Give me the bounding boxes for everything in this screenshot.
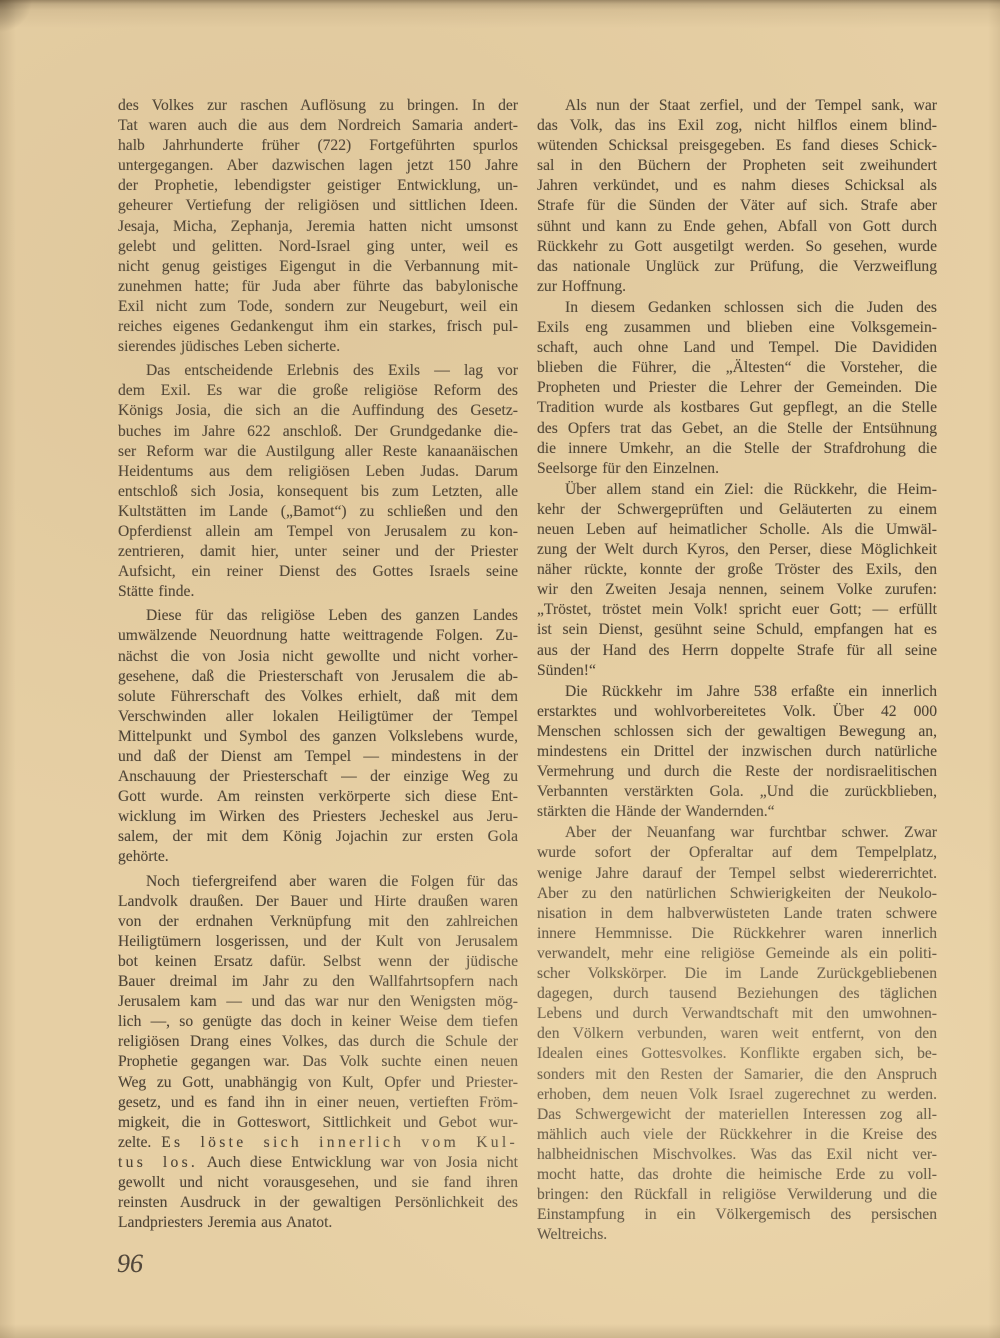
text-line: tus los. Auch diese Entwicklung war von … (118, 1153, 518, 1173)
text-line: mählich auch viele der Rückkehrer in die… (537, 1125, 937, 1145)
text-line: wicklung im Wirken des Priesters Jechesk… (118, 807, 518, 827)
text-line: religiösen Drang eines Volkes, das durch… (118, 1032, 518, 1052)
text-line: erstarktes und wohlvorbereitetes Volk. Ü… (537, 702, 937, 722)
text-line: wütenden Schicksal preisgegeben. Es fand… (537, 136, 937, 156)
text-line: Landvolk draußen. Der Bauer und Hirte dr… (118, 892, 518, 912)
text-line: näher rückte, konnte der große Tröster d… (537, 560, 937, 580)
text-line: sierendes jüdisches Leben sicherte. (118, 337, 518, 357)
text-line: Über allem stand ein Ziel: die Rückkehr,… (537, 480, 937, 500)
text-line: Rückkehr zu Gott ausgetilgt werden. So g… (537, 237, 937, 257)
text-line: nicht genug geistiges Eigengut in die Ve… (118, 257, 518, 277)
text-line: Landpriesters Jeremia aus Anatot. (118, 1213, 518, 1233)
text-line: zelte. Es löste sich innerlich vom Kul- (118, 1133, 518, 1153)
text-line: In diesem Gedanken schlossen sich die Ju… (537, 298, 937, 318)
text-line: Mittelpunkt und Symbol des ganzen Volksl… (118, 727, 518, 747)
text-line: buches im Jahre 622 anschloß. Der Grundg… (118, 422, 518, 442)
text-line: Aber der Neuanfang war furchtbar schwer.… (537, 823, 937, 843)
text-line: reinsten Ausdruck in der gewaltigen Pers… (118, 1193, 518, 1213)
text-line: bringen: den Rückfall in religiöse Verwi… (537, 1185, 937, 1205)
text-line: migkeit, die in Gotteswort, Sittlichkeit… (118, 1113, 518, 1133)
text-line: Die Rückkehr im Jahre 538 erfaßte ein in… (537, 682, 937, 702)
text-line: bot keinen Ersatz dafür. Selbst wenn der… (118, 952, 518, 972)
text-line: wenige Jahre darauf der Tempel selbst wi… (537, 864, 937, 884)
text-line: gesehene, daß die Priesterschaft von Jer… (118, 667, 518, 687)
text-line: Aber zu den natürlichen Schwierigkeiten … (537, 884, 937, 904)
text-line: Verschwinden aller lokalen Heiligtümer d… (118, 707, 518, 727)
text-line: stärkten die Hände der Wandernden.“ (537, 802, 937, 822)
text-segment: Auch diese Entwicklung war von Josia nic… (198, 1154, 518, 1171)
page-number: 96 (117, 1249, 143, 1279)
text-column-left: des Volkes zur raschen Auflösung zu brin… (118, 96, 518, 1233)
text-line: Menschen schlossen sich der gewaltigen B… (537, 722, 937, 742)
text-line: scher Volkskörper. Die im Lande Zurückge… (537, 964, 937, 984)
text-line: Einstampfung in ein Völkergemisch des pe… (537, 1205, 937, 1225)
text-line: Jahren verkündet, und es nahm dieses Sch… (537, 176, 937, 196)
text-line: blieben die Führer, die „Ältesten“ die V… (537, 358, 937, 378)
text-line: zunehmen hatte; für Juda aber führte das… (118, 277, 518, 297)
text-line: zung der Welt durch Kyros, den Perser, d… (537, 540, 937, 560)
paragraph: Diese für das religiöse Leben des ganzen… (118, 606, 518, 867)
text-line: mindestens ein Drittel der inzwischen du… (537, 742, 937, 762)
text-line: innere Hemmnisse. Die Rückkehrer waren i… (537, 924, 937, 944)
text-line: Bauer dreimal im Jahr zu den Wallfahrtso… (118, 972, 518, 992)
text-line: die innere Umkehr, an die Stelle der Str… (537, 439, 937, 459)
paragraph: Die Rückkehr im Jahre 538 erfaßte ein in… (537, 682, 937, 823)
text-line: Strafe für die Sünden der Väter auf sich… (537, 196, 937, 216)
text-line: schaft, auch ohne Land und Tempel. Die D… (537, 338, 937, 358)
book-page-scan: des Volkes zur raschen Auflösung zu brin… (0, 0, 1000, 1338)
text-line: solute Führerschaft des Volkes erhielt, … (118, 687, 518, 707)
text-line: Opferdienst allein am Tempel von Jerusal… (118, 522, 518, 542)
text-line: des Opfers trat das Gebet, an die Stelle… (537, 419, 937, 439)
text-line: Das Schwergewicht der materiellen Intere… (537, 1105, 937, 1125)
text-line: und daß der Dienst am Tempel — mindesten… (118, 747, 518, 767)
paragraph: In diesem Gedanken schlossen sich die Ju… (537, 298, 937, 479)
text-line: Noch tiefergreifend aber waren die Folge… (118, 872, 518, 892)
text-line: zentrieren, damit hier, unter seiner und… (118, 542, 518, 562)
text-line: Propheten und Priester die Lehrer der Ge… (537, 378, 937, 398)
text-line: Vermehrung und durch die Reste der nordi… (537, 762, 937, 782)
paragraph: Als nun der Staat zerfiel, und der Tempe… (537, 96, 937, 297)
text-line: lich —, so genügte das doch in keiner We… (118, 1012, 518, 1032)
text-line: dagegen, durch tausend Beziehungen des t… (537, 984, 937, 1004)
text-line: Weltreichs. (537, 1225, 937, 1245)
text-line: Sünden!“ (537, 661, 937, 681)
text-line: aus der Hand des Herrn doppelte Strafe f… (537, 641, 937, 661)
text-line: das Volk, das ins Exil zog, nicht hilflo… (537, 116, 937, 136)
text-line: Als nun der Staat zerfiel, und der Tempe… (537, 96, 937, 116)
text-line: ist sein Dienst, gesühnt seine Schuld, e… (537, 620, 937, 640)
text-line: Aufsicht, ein reiner Dienst des Gottes I… (118, 562, 518, 582)
text-line: Jerusalem kam — und das war nur den Weni… (118, 992, 518, 1012)
text-column-right: Als nun der Staat zerfiel, und der Tempe… (537, 96, 937, 1245)
text-line: zur Hoffnung. (537, 277, 937, 297)
text-line: sonders mit den Resten der Samarier, die… (537, 1065, 937, 1085)
text-line: sal in den Büchern der Propheten seit zw… (537, 156, 937, 176)
text-line: Exil nicht zum Tode, sondern zur Neugebu… (118, 297, 518, 317)
text-line: den Völkern verbunden, waren weit entfer… (537, 1024, 937, 1044)
text-line: Tat waren auch die aus dem Nordreich Sam… (118, 116, 518, 136)
text-line: „Tröstet, tröstet mein Volk! spricht eue… (537, 600, 937, 620)
paragraph: Aber der Neuanfang war furchtbar schwer.… (537, 823, 937, 1245)
letterspaced-emphasis: Es löste sich innerlich vom Kul- (161, 1134, 518, 1151)
text-line: kehr der Schwergeprüften und Geläuterten… (537, 500, 937, 520)
paragraph: Über allem stand ein Ziel: die Rückkehr,… (537, 480, 937, 681)
text-line: nächst die von Josia nicht gewollte und … (118, 647, 518, 667)
text-line: untergegangen. Aber dazwischen lagen jet… (118, 156, 518, 176)
text-line: sühnt und kann zu Ende gehen, Abfall von… (537, 217, 937, 237)
paragraph: des Volkes zur raschen Auflösung zu brin… (118, 96, 518, 357)
text-segment: zelte. (118, 1134, 161, 1151)
text-line: Jesaja, Micha, Zephanja, Jeremia hatten … (118, 217, 518, 237)
paragraph: Noch tiefergreifend aber waren die Folge… (118, 872, 518, 1234)
text-line: Gott wurde. Am reinsten verkörperte sich… (118, 787, 518, 807)
text-line: salem, der mit dem König Jojachin zur er… (118, 827, 518, 847)
text-line: mocht hatte, das drohte die heimische Er… (537, 1165, 937, 1185)
text-line: Exils eng zusammen und blieben eine Volk… (537, 318, 937, 338)
text-line: Prophetie gegangen war. Das Volk suchte … (118, 1052, 518, 1072)
text-line: Das entscheidende Erlebnis des Exils — l… (118, 361, 518, 381)
text-line: Tradition wurde als kostbares Gut gepfle… (537, 398, 937, 418)
text-line: halb Jahrhunderte früher (722) Fortgefüh… (118, 136, 518, 156)
text-line: dem Exil. Es war die große religiöse Ref… (118, 381, 518, 401)
text-line: des Volkes zur raschen Auflösung zu brin… (118, 96, 518, 116)
text-line: wurde sofort der Opferaltar auf dem Temp… (537, 843, 937, 863)
text-line: geheurer Vertiefung der religiösen und s… (118, 196, 518, 216)
text-line: von der erdnahen Verknüpfung mit den zah… (118, 912, 518, 932)
text-line: Heiligtümern losgerissen, und der Kult v… (118, 932, 518, 952)
text-line: verwandelt, mehr eine religiöse Gemeinde… (537, 944, 937, 964)
text-line: gewollt und nicht vorausgesehen, und sie… (118, 1173, 518, 1193)
text-line: der Prophetie, lebendigster geistiger En… (118, 176, 518, 196)
text-line: Lebens und durch Verwandtschaft mit den … (537, 1004, 937, 1024)
text-line: erhoben, dem neuen Volk Israel zugerechn… (537, 1085, 937, 1105)
text-line: Königs Josia, die sich an die Auffindung… (118, 401, 518, 421)
text-line: neuen Leben auf heimatlicher Scholle. Al… (537, 520, 937, 540)
text-line: Stätte finde. (118, 582, 518, 602)
text-line: Idealen eines Gottesvolkes. Konflikte er… (537, 1044, 937, 1064)
text-line: gelebt und gelitten. Nord-Israel ging un… (118, 237, 518, 257)
text-line: das nationale Unglück zur Prüfung, die V… (537, 257, 937, 277)
text-line: gesetz, und es fand ihn in einer neuen, … (118, 1093, 518, 1113)
text-line: Seelsorge für den Einzelnen. (537, 459, 937, 479)
text-line: Verbannten verstärkten Gola. „Und die zu… (537, 782, 937, 802)
text-line: entschloß sich Josia, konsequent bis zum… (118, 482, 518, 502)
text-line: gehörte. (118, 847, 518, 867)
text-line: reiches eigenes Gedankengut ihm ein star… (118, 317, 518, 337)
text-line: halbheidnischen Mischvolkes. Was das Exi… (537, 1145, 937, 1165)
text-line: Diese für das religiöse Leben des ganzen… (118, 606, 518, 626)
text-line: umwälzende Neuordnung hatte weittragende… (118, 626, 518, 646)
text-line: nisation in dem halbverwüsteten Lande tr… (537, 904, 937, 924)
text-line: Anschauung der Priesterschaft — der einz… (118, 767, 518, 787)
text-line: Kultstätten im Lande („Bamot“) zu schlie… (118, 502, 518, 522)
text-line: ser Reform war die Austilgung aller Rest… (118, 442, 518, 462)
text-line: wir den Zweiten Jesaja nennen, seinem Vo… (537, 580, 937, 600)
text-line: Weg zu Gott, unabhängig von Kult, Opfer … (118, 1073, 518, 1093)
paragraph: Das entscheidende Erlebnis des Exils — l… (118, 361, 518, 602)
text-line: Heidentums aus dem religiösen Leben Juda… (118, 462, 518, 482)
letterspaced-emphasis: tus los. (118, 1154, 198, 1171)
